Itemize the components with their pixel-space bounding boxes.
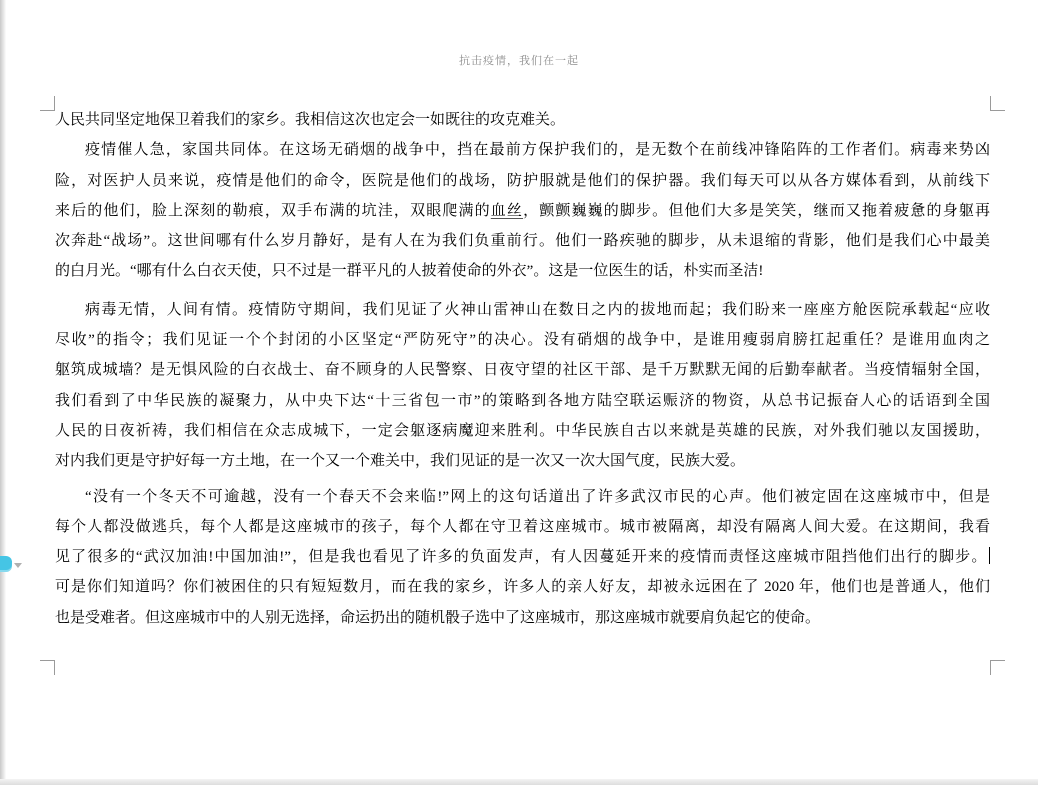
text-line[interactable]: 尽收”的指令；我们见证一个个封闭的小区坚定“严防死守”的决心。没有硝烟的战争中，… [55,325,990,355]
crop-mark-top-left [40,96,55,111]
text-line[interactable]: 病毒无情，人间有情。疫情防守期间，我们见证了火神山雷神山在数日之内的拔地而起；我… [55,295,990,325]
text-line[interactable]: 每个人都没做逃兵，每个人都是这座城市的孩子，每个人都在守卫着这座城市。城市被隔离… [55,512,990,542]
underlined-text: 血丝 [491,203,523,219]
text-line[interactable]: 险，对医护人员来说，疫情是他们的命令，医院是他们的战场，防护服就是他们的保护器。… [55,166,990,196]
text-line[interactable]: “没有一个冬天不可逾越，没有一个春天不会来临!”网上的这句话道出了许多武汉市民的… [55,482,990,512]
text-line[interactable]: 疫情催人急，家国共同体。在这场无硝烟的战争中，挡在最前方保护我们的，是无数个在前… [55,135,990,165]
text-line[interactable]: 次奔赴“战场”。这世间哪有什么岁月静好，是有人在为我们负重前行。他们一路疾驰的脚… [55,226,990,256]
paragraph: 病毒无情，人间有情。疫情防守期间，我们见证了火神山雷神山在数日之内的拔地而起；我… [55,295,990,477]
assistant-icon [0,556,12,572]
text-cursor [989,547,991,564]
crop-mark-bottom-right [990,660,1005,675]
header-text: 抗击疫情，我们在一起 [459,55,579,67]
paragraph: 疫情催人急，家国共同体。在这场无硝烟的战争中，挡在最前方保护我们的，是无数个在前… [55,135,990,286]
text-line[interactable]: 的白月光。“哪有什么白衣天使，只不过是一群平凡的人披着使命的外衣”。这是一位医生… [55,256,990,286]
text-line[interactable]: 对内我们更是守护好每一方土地，在一个又一个难关中，我们见证的是一次又一次大国气度… [55,446,990,476]
text-line[interactable]: 来后的他们，脸上深刻的勒痕，双手布满的坑洼，双眼爬满的血丝，颤颤巍巍的脚步。但他… [55,196,990,226]
paragraph: 人民共同坚定地保卫着我们的家乡。我相信这次也定会一如既往的攻克难关。 [55,105,990,135]
paragraph: “没有一个冬天不可逾越，没有一个春天不会来临!”网上的这句话道出了许多武汉市民的… [55,482,990,633]
word-document-page[interactable]: 抗击疫情，我们在一起 人民共同坚定地保卫着我们的家乡。我相信这次也定会一如既往的… [0,0,1038,785]
document-paragraphs[interactable]: 人民共同坚定地保卫着我们的家乡。我相信这次也定会一如既往的攻克难关。疫情催人急，… [55,105,990,633]
page-header: 抗击疫情，我们在一起 [0,52,1038,68]
text-line[interactable]: 人民的日夜祈祷，我们相信在众志成城下，一定会躯逐病魔迎来胜利。中华民族自古以来就… [55,416,990,446]
text-line[interactable]: 人民共同坚定地保卫着我们的家乡。我相信这次也定会一如既往的攻克难关。 [55,105,990,135]
crop-mark-bottom-left [40,660,55,675]
floating-assistant-button[interactable] [0,556,22,576]
text-line[interactable]: 见了很多的“武汉加油!中国加油!”，但是我也看见了许多的负面发声，有人因蔓延开来… [55,542,990,572]
crop-mark-top-right [990,96,1005,111]
text-line[interactable]: 我们看到了中华民族的凝聚力，从中央下达“十三省包一市”的策略到各地方陆空联运赈济… [55,386,990,416]
window-edge-left [0,0,6,785]
text-line[interactable]: 可是你们知道吗？你们被困住的只有短短数月，而在我的家乡，许多人的亲人好友，却被永… [55,572,990,602]
text-line[interactable]: 也是受难者。但这座城市中的人别无选择，命运扔出的随机骰子选中了这座城市，那这座城… [55,603,990,633]
chevron-down-icon [14,563,22,568]
text-line[interactable]: 躯筑成城墙？是无惧风险的白衣战士、奋不顾身的人民警察、日夜守望的社区干部、是千万… [55,355,990,385]
window-edge-bottom [0,779,1038,785]
